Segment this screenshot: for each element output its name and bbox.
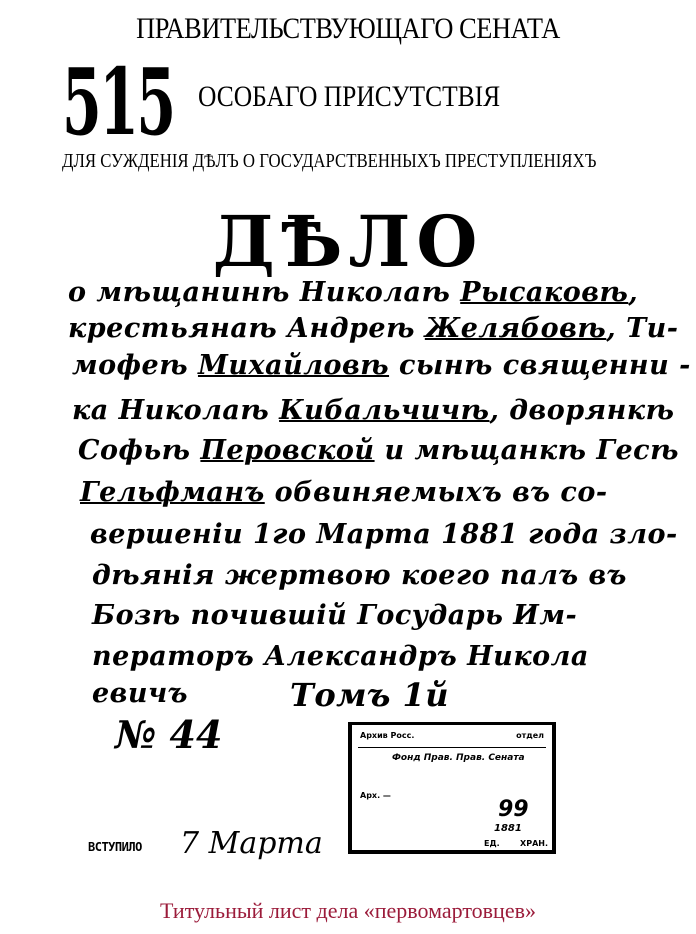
stamp-divider — [358, 747, 546, 748]
line-text: мофеѣ — [72, 350, 198, 381]
line-text: Бозѣ почившій Государь Им- — [92, 600, 577, 631]
header-senate-title: ПРАВИТЕЛЬСТВУЮЩАГО СЕНАТА — [42, 12, 654, 46]
defendant-name: Желябовѣ — [425, 313, 606, 344]
line-text: евичъ — [92, 678, 188, 709]
stamp-number: 99 — [498, 797, 529, 822]
stamp-line1-right: отдел — [516, 731, 544, 740]
handwritten-line: вершеніи 1го Марта 1881 года зло- — [90, 519, 678, 550]
defendant-name: Михайловѣ — [198, 350, 389, 381]
received-date: 7 Марта — [180, 826, 323, 861]
line-text: о мѣщанинѣ Николаѣ — [68, 277, 460, 308]
line-text: крестьянаѣ Андреѣ — [68, 313, 425, 344]
line-text: ка Николаѣ — [72, 395, 279, 426]
volume-label: Томъ 1й — [290, 676, 449, 714]
handwritten-line: евичъ — [92, 678, 188, 709]
line-text: обвиняемыхъ въ со- — [265, 477, 608, 508]
line-text: , Ти- — [606, 313, 678, 344]
defendant-name: Гельфманъ — [80, 477, 265, 508]
header-special-presence: ОСОБАГО ПРИСУТСТВІЯ — [198, 80, 500, 114]
archive-stamp: Архив Росс. отдел Фонд Прав. Прав. Сенат… — [348, 722, 556, 854]
stamp-bottom-right: ХРАН. — [520, 839, 548, 848]
line-text: , дворянкѣ — [489, 395, 674, 426]
defendant-name: Рысаковѣ — [460, 277, 628, 308]
handwritten-line: Бозѣ почившій Государь Им- — [92, 600, 577, 631]
handwritten-line: крестьянаѣ Андреѣ Желябовѣ, Ти- — [68, 313, 679, 344]
stamp-line2: Фонд Прав. Прав. Сената — [392, 753, 525, 763]
stamp-bottom-left: ЕД. — [484, 839, 500, 848]
handwritten-line: дѣянія жертвою коего палъ въ — [92, 560, 627, 591]
line-text: сынѣ священни - — [389, 350, 691, 381]
line-text: ператоръ Александръ Никола — [92, 641, 589, 672]
document-heading: ДѢЛО — [0, 200, 696, 283]
line-text: и мѣщанкѣ Гесѣ — [375, 435, 679, 466]
line-text: Софьѣ — [78, 435, 200, 466]
handwritten-line: о мѣщанинѣ Николаѣ Рысаковѣ, — [68, 277, 638, 308]
stamp-year: 1881 — [494, 823, 522, 834]
file-number: № 44 — [115, 712, 222, 757]
handwritten-line: ператоръ Александръ Никола — [92, 641, 589, 672]
line-text: вершеніи 1го Марта 1881 года зло- — [90, 519, 678, 550]
line-text: дѣянія жертвою коего палъ въ — [92, 560, 627, 591]
received-label: ВСТУПИЛО — [88, 840, 142, 854]
handwritten-line: Софьѣ Перовской и мѣщанкѣ Гесѣ — [78, 435, 679, 466]
stamp-line1-left: Архив Росс. — [360, 731, 414, 740]
case-number: 515 — [62, 56, 174, 148]
line-text: , — [628, 277, 638, 308]
stamp-line3: Арх. — — [360, 791, 391, 800]
handwritten-line: Гельфманъ обвиняемыхъ въ со- — [80, 477, 608, 508]
image-caption: Титульный лист дела «первомартовцев» — [0, 898, 696, 924]
header-state-crimes: ДЛЯ СУЖДЕНІЯ ДѢЛЪ О ГОСУДАРСТВЕННЫХЪ ПРЕ… — [62, 151, 596, 173]
defendant-name: Перовской — [200, 435, 374, 466]
defendant-name: Кибальчичѣ — [279, 395, 489, 426]
handwritten-line: ка Николаѣ Кибальчичѣ, дворянкѣ — [72, 395, 674, 426]
handwritten-line: мофеѣ Михайловѣ сынѣ священни - — [72, 350, 691, 381]
